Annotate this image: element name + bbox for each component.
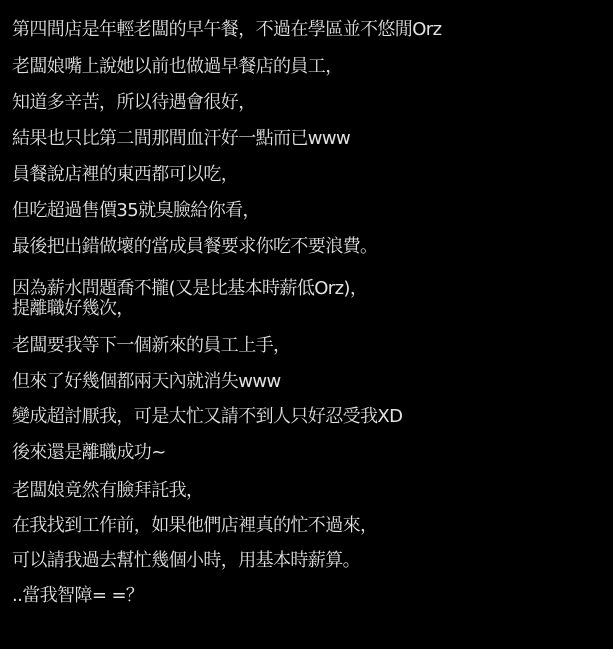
text-line: 員餐說店裡的東西都可以吃， <box>12 164 238 186</box>
text-line: 老闆娘竟然有臉拜託我， <box>12 480 203 502</box>
text-line: 但來了好幾個都兩天內就消失www <box>12 371 281 393</box>
text-line: 因為薪水問題喬不攏(又是比基本時薪低Orz)， <box>12 278 367 300</box>
text-line: 知道多辛苦，所以待遇會很好， <box>12 92 256 114</box>
text-line: 後來還是離職成功~ <box>12 442 166 464</box>
text-line: 在我找到工作前，如果他們店裡真的忙不過來， <box>12 515 377 537</box>
text-line: 結果也只比第二間那間血汗好一點而已www <box>12 128 350 150</box>
text-line: 可以請我過去幫忙幾個小時，用基本時薪算。 <box>12 550 360 572</box>
text-line: 第四間店是年輕老闆的早午餐，不過在學區並不悠閒Orz <box>12 19 441 41</box>
text-line: 最後把出錯做壞的當成員餐要求你吃不要浪費。 <box>12 236 377 258</box>
text-line: 老闆娘嘴上說她以前也做過早餐店的員工， <box>12 56 343 78</box>
text-line: 變成超討厭我，可是太忙又請不到人只好忍受我XD <box>12 406 402 428</box>
text-line: 提離職好幾次， <box>12 298 134 320</box>
text-line: ..當我智障= =？ <box>12 585 143 607</box>
text-line: 但吃超過售價35就臭臉給你看， <box>12 200 260 222</box>
text-line: 老闆要我等下一個新來的員工上手， <box>12 335 290 357</box>
